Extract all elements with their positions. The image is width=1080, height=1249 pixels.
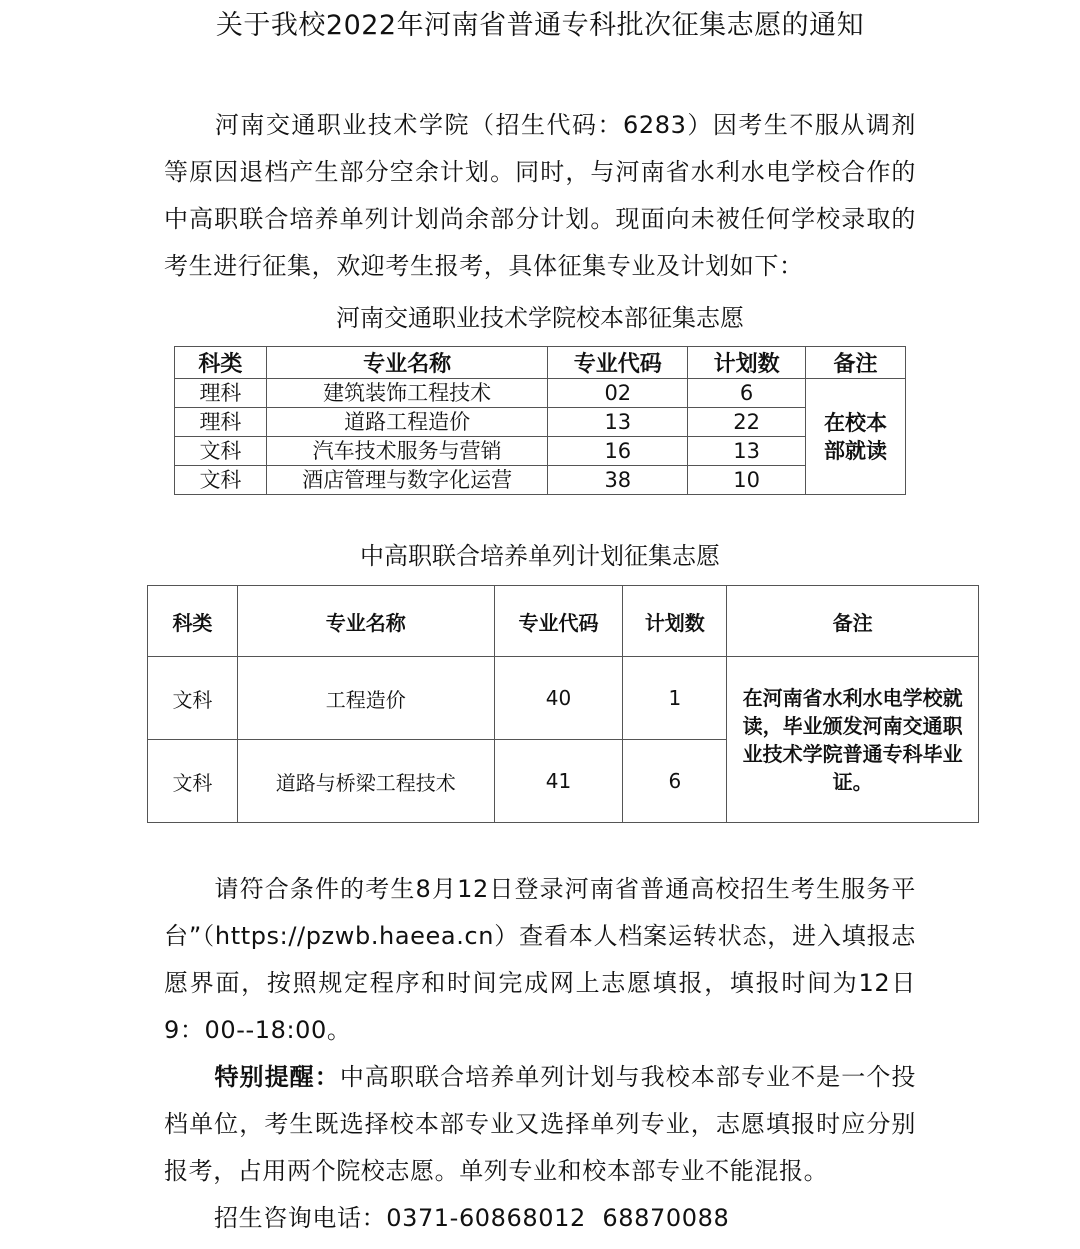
cell-major-name: 建筑装饰工程技术 xyxy=(266,379,548,408)
cell-note: 在校本部就读 xyxy=(806,379,906,495)
cell-plan-count: 6 xyxy=(688,379,806,408)
cell-note: 在河南省水利水电学校就读，毕业颁发河南交通职业技术学院普通专科毕业证。 xyxy=(727,657,979,823)
table-joint-program: 科类 专业名称 专业代码 计划数 备注 文科 工程造价 40 1 在河南省水利水… xyxy=(147,585,979,823)
cell-major-code: 38 xyxy=(548,466,688,495)
header-note: 备注 xyxy=(806,347,906,379)
table-row: 文科 工程造价 40 1 在河南省水利水电学校就读，毕业颁发河南交通职业技术学院… xyxy=(148,657,979,740)
cell-major-code: 40 xyxy=(494,657,623,740)
intro-paragraph: 河南交通职业技术学院（招生代码：6283）因考生不服从调剂等原因退档产生部分空余… xyxy=(164,102,916,290)
cell-category: 理科 xyxy=(175,379,267,408)
cell-plan-count: 1 xyxy=(623,657,727,740)
intro-text: 河南交通职业技术学院（招生代码：6283）因考生不服从调剂等原因退档产生部分空余… xyxy=(164,111,916,280)
cell-major-name: 道路与桥梁工程技术 xyxy=(237,740,494,823)
cell-major-name: 工程造价 xyxy=(237,657,494,740)
cell-major-code: 13 xyxy=(548,408,688,437)
table1-caption: 河南交通职业技术学院校本部征集志愿 xyxy=(0,302,1080,334)
cell-major-code: 41 xyxy=(494,740,623,823)
page-title: 关于我校2022年河南省普通专科批次征集志愿的通知 xyxy=(0,6,1080,46)
reminder-label: 特别提醒： xyxy=(214,1063,340,1091)
instructions-text: 请符合条件的考生8月12日登录河南省普通高校招生考生服务平台”（https://… xyxy=(164,875,916,1044)
cell-major-name: 汽车技术服务与营销 xyxy=(266,437,548,466)
table-row: 文科 酒店管理与数字化运营 38 10 xyxy=(175,466,906,495)
header-major-name: 专业名称 xyxy=(266,347,548,379)
cell-category: 理科 xyxy=(175,408,267,437)
table-main-campus: 科类 专业名称 专业代码 计划数 备注 理科 建筑装饰工程技术 02 6 在校本… xyxy=(174,346,906,495)
cell-plan-count: 13 xyxy=(688,437,806,466)
reminder-paragraph: 特别提醒：中高职联合培养单列计划与我校本部专业不是一个投档单位，考生既选择校本部… xyxy=(164,1054,916,1195)
cell-plan-count: 6 xyxy=(623,740,727,823)
instructions-paragraph: 请符合条件的考生8月12日登录河南省普通高校招生考生服务平台”（https://… xyxy=(164,866,916,1054)
header-plan-count: 计划数 xyxy=(623,586,727,657)
table-header-row: 科类 专业名称 专业代码 计划数 备注 xyxy=(175,347,906,379)
header-major-code: 专业代码 xyxy=(548,347,688,379)
contact-paragraph: 招生咨询电话：0371-60868012 68870088 xyxy=(164,1195,916,1242)
cell-category: 文科 xyxy=(148,740,238,823)
cell-category: 文科 xyxy=(148,657,238,740)
note-text: 在校本部就读 xyxy=(823,409,889,465)
table2-caption: 中高职联合培养单列计划征集志愿 xyxy=(0,540,1080,572)
table-header-row: 科类 专业名称 专业代码 计划数 备注 xyxy=(148,586,979,657)
header-major-name: 专业名称 xyxy=(237,586,494,657)
cell-major-name: 酒店管理与数字化运营 xyxy=(266,466,548,495)
table-row: 文科 汽车技术服务与营销 16 13 xyxy=(175,437,906,466)
header-category: 科类 xyxy=(175,347,267,379)
header-plan-count: 计划数 xyxy=(688,347,806,379)
cell-category: 文科 xyxy=(175,437,267,466)
cell-plan-count: 10 xyxy=(688,466,806,495)
table-row: 理科 道路工程造价 13 22 xyxy=(175,408,906,437)
cell-major-code: 16 xyxy=(548,437,688,466)
table-row: 理科 建筑装饰工程技术 02 6 在校本部就读 xyxy=(175,379,906,408)
cell-category: 文科 xyxy=(175,466,267,495)
cell-major-code: 02 xyxy=(548,379,688,408)
header-note: 备注 xyxy=(727,586,979,657)
cell-plan-count: 22 xyxy=(688,408,806,437)
header-major-code: 专业代码 xyxy=(494,586,623,657)
contact-text: 招生咨询电话：0371-60868012 68870088 xyxy=(214,1204,729,1232)
cell-major-name: 道路工程造价 xyxy=(266,408,548,437)
header-category: 科类 xyxy=(148,586,238,657)
